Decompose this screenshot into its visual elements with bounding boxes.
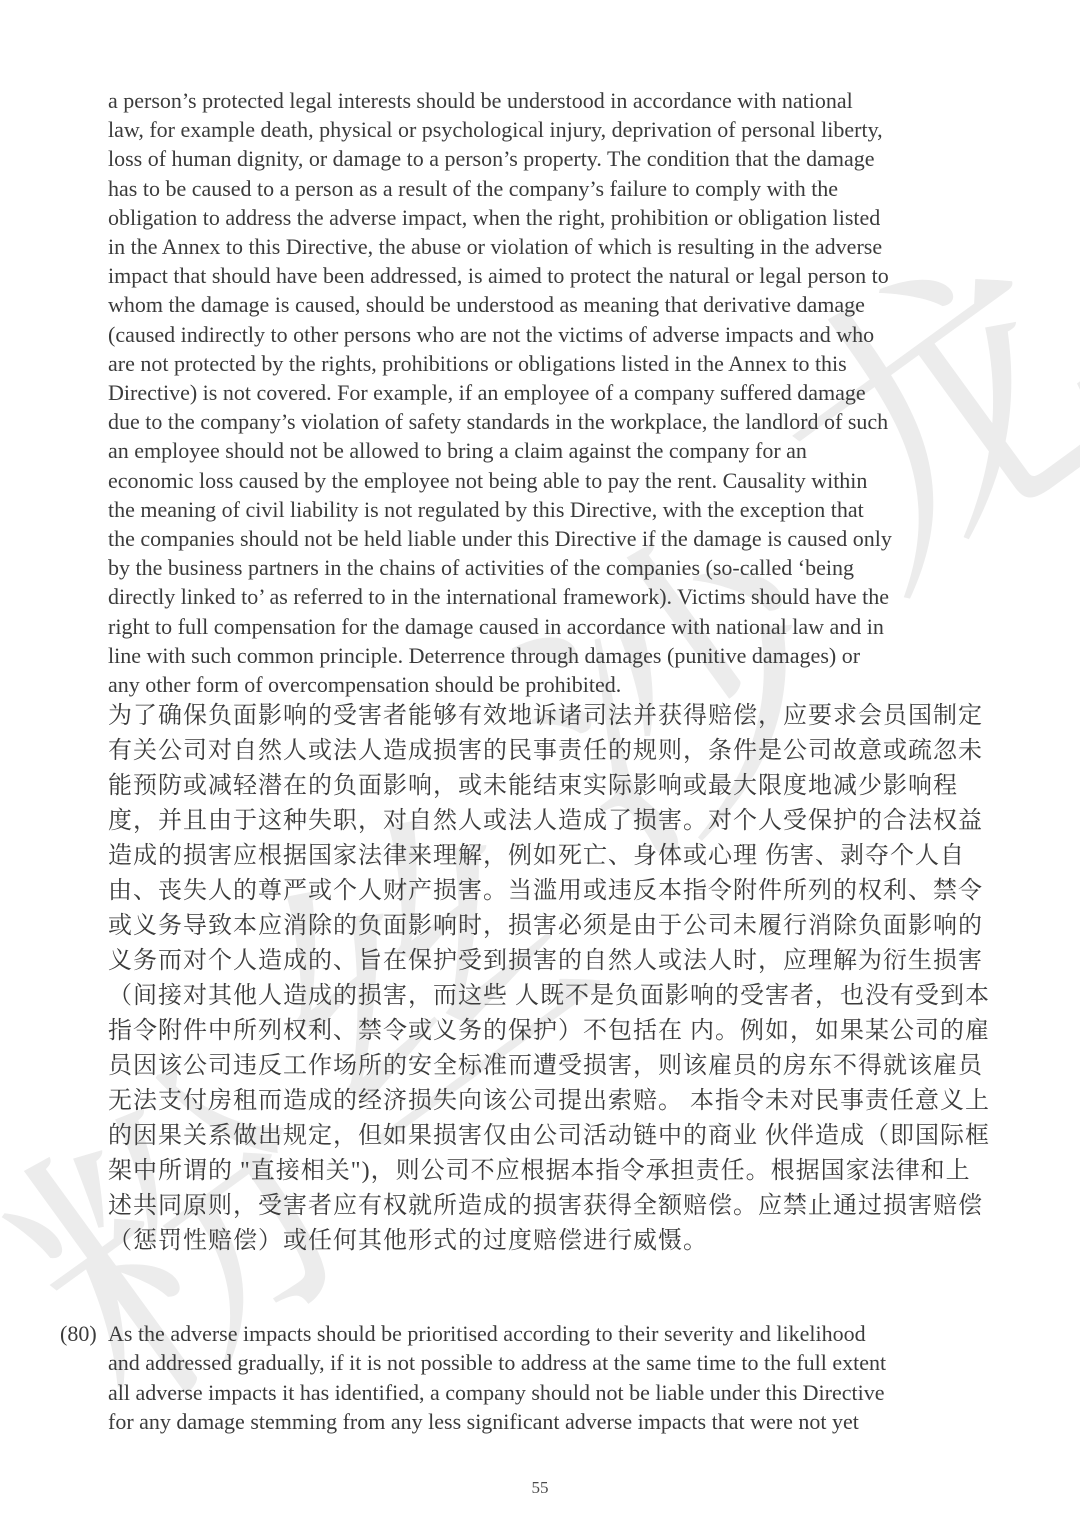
text-line: an employee should not be allowed to bri…: [108, 436, 1020, 465]
text-line: obligation to address the adverse impact…: [108, 203, 1020, 232]
text-line: 的因果关系做出规定，但如果损害仅由公司活动链中的商业 伙伴造成（即国际框: [108, 1119, 1020, 1154]
text-line: economic loss caused by the employee not…: [108, 466, 1020, 495]
text-line: 能预防或减轻潜在的负面影响，或未能结束实际影响或最大限度地减少影响程: [108, 769, 1020, 804]
text-line: all adverse impacts it has identified, a…: [108, 1378, 1020, 1407]
text-line: 指令附件中所列权利、禁令或义务的保护）不包括在 内。例如，如果某公司的雇: [108, 1014, 1020, 1049]
text-line: right to full compensation for the damag…: [108, 612, 1020, 641]
text-line: the meaning of civil liability is not re…: [108, 495, 1020, 524]
document-page: 粉 丝 沙 龙 a person’s protected legal inter…: [0, 0, 1080, 1527]
recital-80-marker: (80): [60, 1319, 108, 1436]
text-line: 造成的损害应根据国家法律来理解，例如死亡、身体或心理 伤害、剥夺个人自: [108, 839, 1020, 874]
text-line: （间接对其他人造成的损害，而这些 人既不是负面影响的受害者，也没有受到本: [108, 979, 1020, 1014]
text-line: due to the company’s violation of safety…: [108, 407, 1020, 436]
text-line: loss of human dignity, or damage to a pe…: [108, 144, 1020, 173]
page-number: 55: [0, 1478, 1080, 1498]
text-line: are not protected by the rights, prohibi…: [108, 349, 1020, 378]
text-line: （惩罚性赔偿）或任何其他形式的过度赔偿进行威慑。: [108, 1224, 1020, 1259]
text-line: 义务而对个人造成的、旨在保护受到损害的自然人或法人时，应理解为衍生损害: [108, 944, 1020, 979]
text-line: 为了确保负面影响的受害者能够有效地诉诸司法并获得赔偿，应要求会员国制定: [108, 699, 1020, 734]
page-content: a person’s protected legal interests sho…: [108, 86, 1020, 1436]
text-line: law, for example death, physical or psyc…: [108, 115, 1020, 144]
text-line: by the business partners in the chains o…: [108, 553, 1020, 582]
text-line: line with such common principle. Deterre…: [108, 641, 1020, 670]
text-line: for any damage stemming from any less si…: [108, 1407, 1020, 1436]
text-line: any other form of overcompensation shoul…: [108, 670, 1020, 699]
text-line: 或义务导致本应消除的负面影响时，损害必须是由于公司未履行消除负面影响的: [108, 909, 1020, 944]
text-line: 架中所谓的 "直接相关")，则公司不应根据本指令承担责任。根据国家法律和上: [108, 1154, 1020, 1189]
text-line: 由、丧失人的尊严或个人财产损害。当滥用或违反本指令附件所列的权利、禁令: [108, 874, 1020, 909]
text-line: 员因该公司违反工作场所的安全标准而遭受损害，则该雇员的房东不得就该雇员: [108, 1049, 1020, 1084]
recital-80: (80) As the adverse impacts should be pr…: [60, 1319, 1020, 1436]
text-line: a person’s protected legal interests sho…: [108, 86, 1020, 115]
text-line: (caused indirectly to other persons who …: [108, 320, 1020, 349]
text-line: 述共同原则，受害者应有权就所造成的损害获得全额赔偿。应禁止通过损害赔偿: [108, 1189, 1020, 1224]
text-line: Directive) is not covered. For example, …: [108, 378, 1020, 407]
text-line: the companies should not be held liable …: [108, 524, 1020, 553]
recital-80-body: As the adverse impacts should be priorit…: [108, 1319, 1020, 1436]
paragraph-chinese: 为了确保负面影响的受害者能够有效地诉诸司法并获得赔偿，应要求会员国制定 有关公司…: [108, 699, 1020, 1259]
text-line: whom the damage is caused, should be und…: [108, 290, 1020, 319]
text-line: 有关公司对自然人或法人造成损害的民事责任的规则，条件是公司故意或疏忽未: [108, 734, 1020, 769]
text-line: and addressed gradually, if it is not po…: [108, 1348, 1020, 1377]
paragraph-english: a person’s protected legal interests sho…: [108, 86, 1020, 699]
text-line: 度，并且由于这种失职，对自然人或法人造成了损害。对个人受保护的合法权益: [108, 804, 1020, 839]
text-line: impact that should have been addressed, …: [108, 261, 1020, 290]
text-line: directly linked to’ as referred to in th…: [108, 582, 1020, 611]
text-line: As the adverse impacts should be priorit…: [108, 1319, 1020, 1348]
text-line: in the Annex to this Directive, the abus…: [108, 232, 1020, 261]
text-line: 无法支付房租而造成的经济损失向该公司提出索赔。 本指令未对民事责任意义上: [108, 1084, 1020, 1119]
text-line: has to be caused to a person as a result…: [108, 174, 1020, 203]
